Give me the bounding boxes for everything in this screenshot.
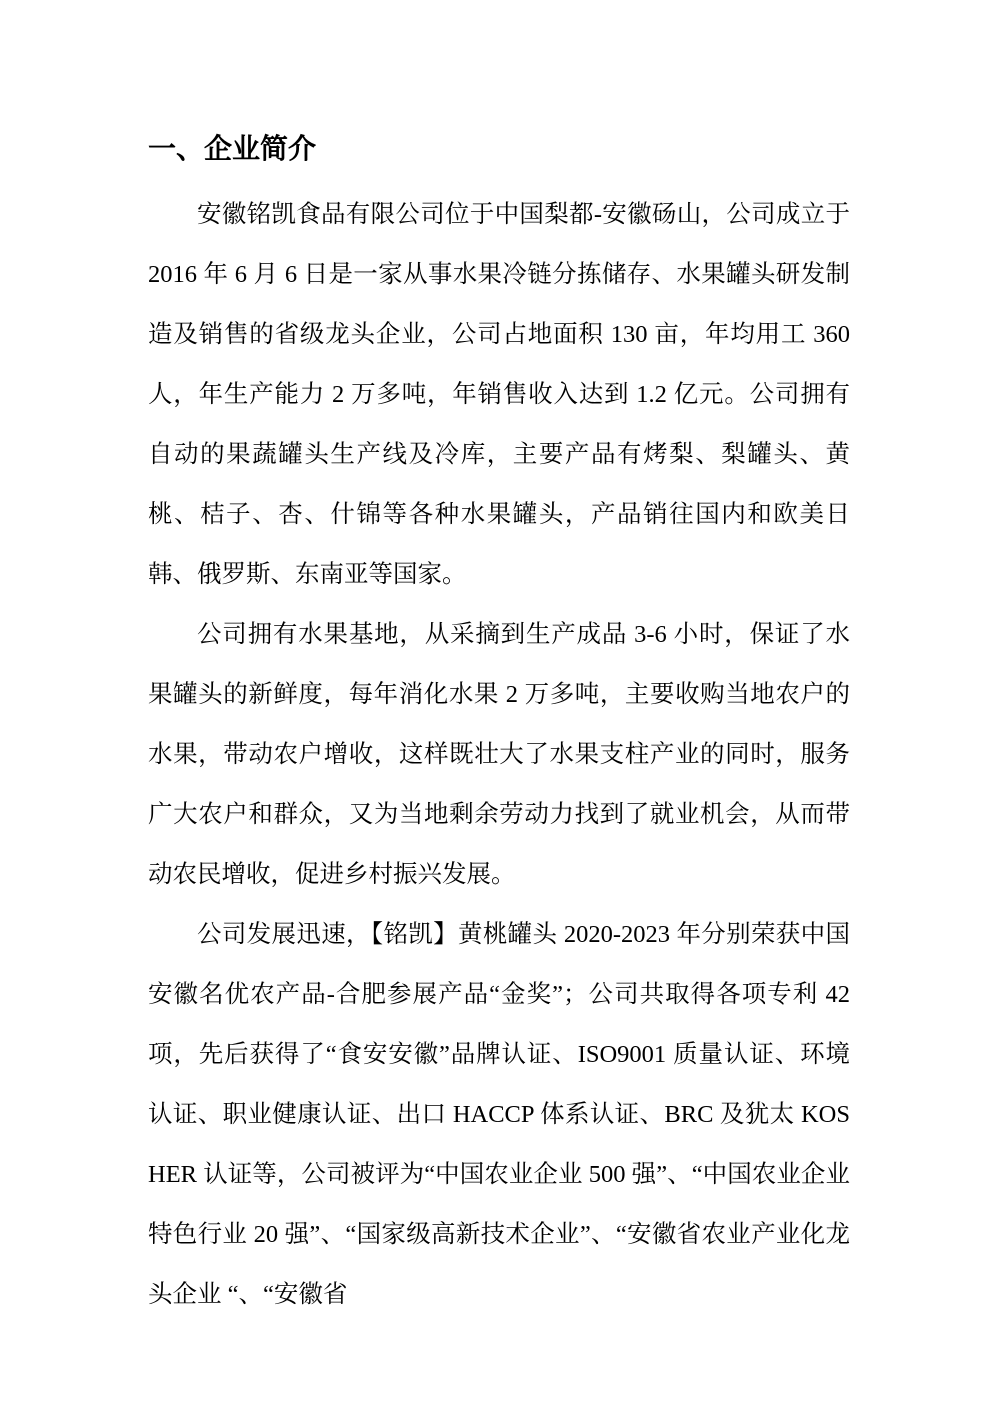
section-heading: 一、企业简介 [148, 128, 850, 172]
paragraph-company-intro: 安徽铭凯食品有限公司位于中国梨都-安徽砀山，公司成立于 2016 年 6 月 6… [148, 185, 850, 605]
paragraph-fruit-base: 公司拥有水果基地，从采摘到生产成品 3-6 小时，保证了水果罐头的新鲜度，每年消… [148, 605, 850, 905]
document-page: 一、企业简介 安徽铭凯食品有限公司位于中国梨都-安徽砀山，公司成立于 2016 … [0, 0, 1000, 1415]
paragraph-awards-certifications: 公司发展迅速，【铭凯】黄桃罐头 2020-2023 年分别荣获中国安徽名优农产品… [148, 905, 850, 1325]
